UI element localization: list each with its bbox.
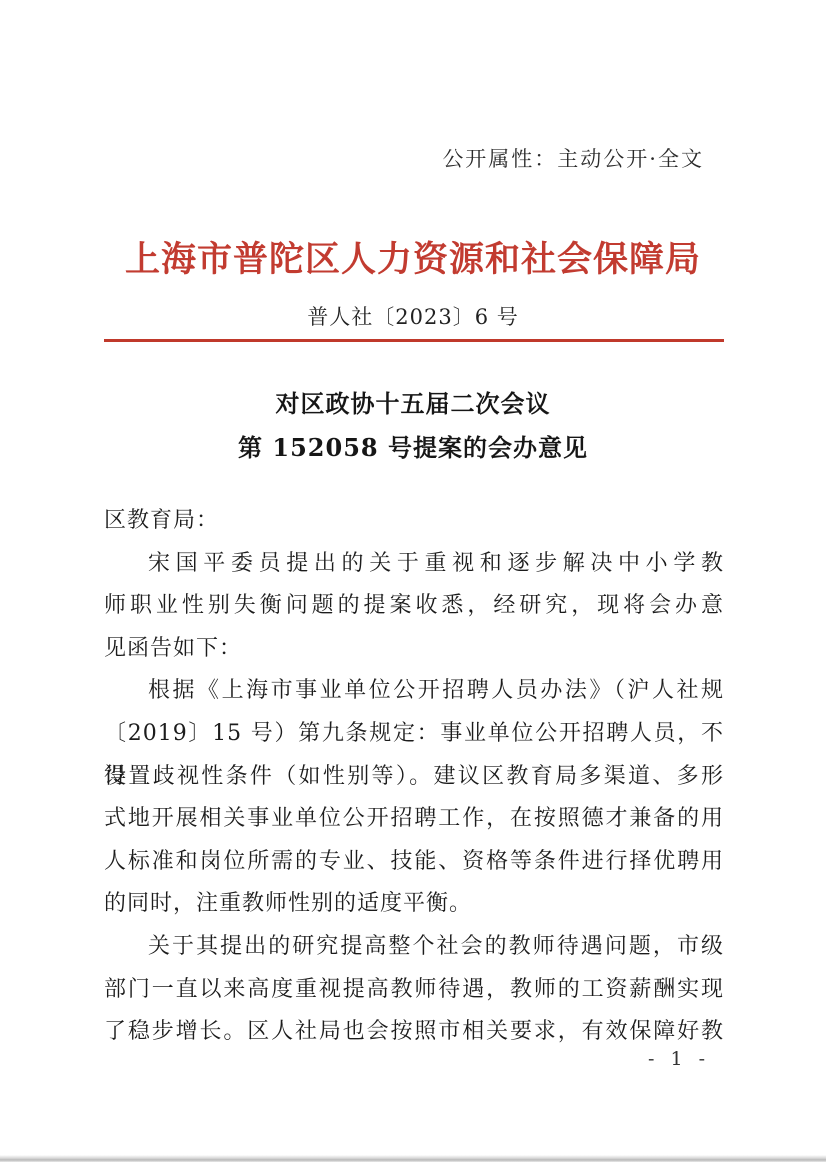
page-number: - 1 - xyxy=(648,1048,710,1070)
disclosure-attribute-line: 公开属性：主动公开·全文 xyxy=(442,143,704,173)
scanned-official-document-page: 公开属性：主动公开·全文 上海市普陀区人力资源和社会保障局 普人社〔2023〕6… xyxy=(0,0,826,1169)
scan-edge-shadow xyxy=(0,1155,826,1162)
red-divider-rule xyxy=(104,339,724,342)
document-reference-number: 普人社〔2023〕6 号 xyxy=(0,301,826,331)
issuing-agency-title: 上海市普陀区人力资源和社会保障局 xyxy=(0,232,826,282)
body-line: 师职业性别失衡问题的提案收悉，经研究，现将会办意 xyxy=(104,585,724,628)
document-title-line-2: 第 152058 号提案的会办意见 xyxy=(0,428,826,463)
body-line: 根据《上海市事业单位公开招聘人员办法》（沪人社规 xyxy=(104,670,724,713)
document-body: 区教育局：宋国平委员提出的关于重视和逐步解决中小学教师职业性别失衡问题的提案收悉… xyxy=(104,500,724,1054)
body-line: 宋国平委员提出的关于重视和逐步解决中小学教 xyxy=(104,543,724,586)
body-line: 〔2019〕15 号）第九条规定：事业单位公开招聘人员，不得 xyxy=(104,713,724,756)
body-line: 的同时，注重教师性别的适度平衡。 xyxy=(104,883,724,926)
body-line: 区教育局： xyxy=(104,500,724,543)
body-line: 部门一直以来高度重视提高教师待遇，教师的工资薪酬实现 xyxy=(104,969,724,1012)
body-line: 设置歧视性条件（如性别等）。建议区教育局多渠道、多形 xyxy=(104,756,724,799)
body-line: 关于其提出的研究提高整个社会的教师待遇问题，市级 xyxy=(104,926,724,969)
body-line: 式地开展相关事业单位公开招聘工作，在按照德才兼备的用 xyxy=(104,798,724,841)
body-line: 了稳步增长。区人社局也会按照市相关要求，有效保障好教 xyxy=(104,1011,724,1054)
document-title-line-1: 对区政协十五届二次会议 xyxy=(0,384,826,419)
body-line: 人标准和岗位所需的专业、技能、资格等条件进行择优聘用 xyxy=(104,841,724,884)
body-line: 见函告如下： xyxy=(104,628,724,671)
